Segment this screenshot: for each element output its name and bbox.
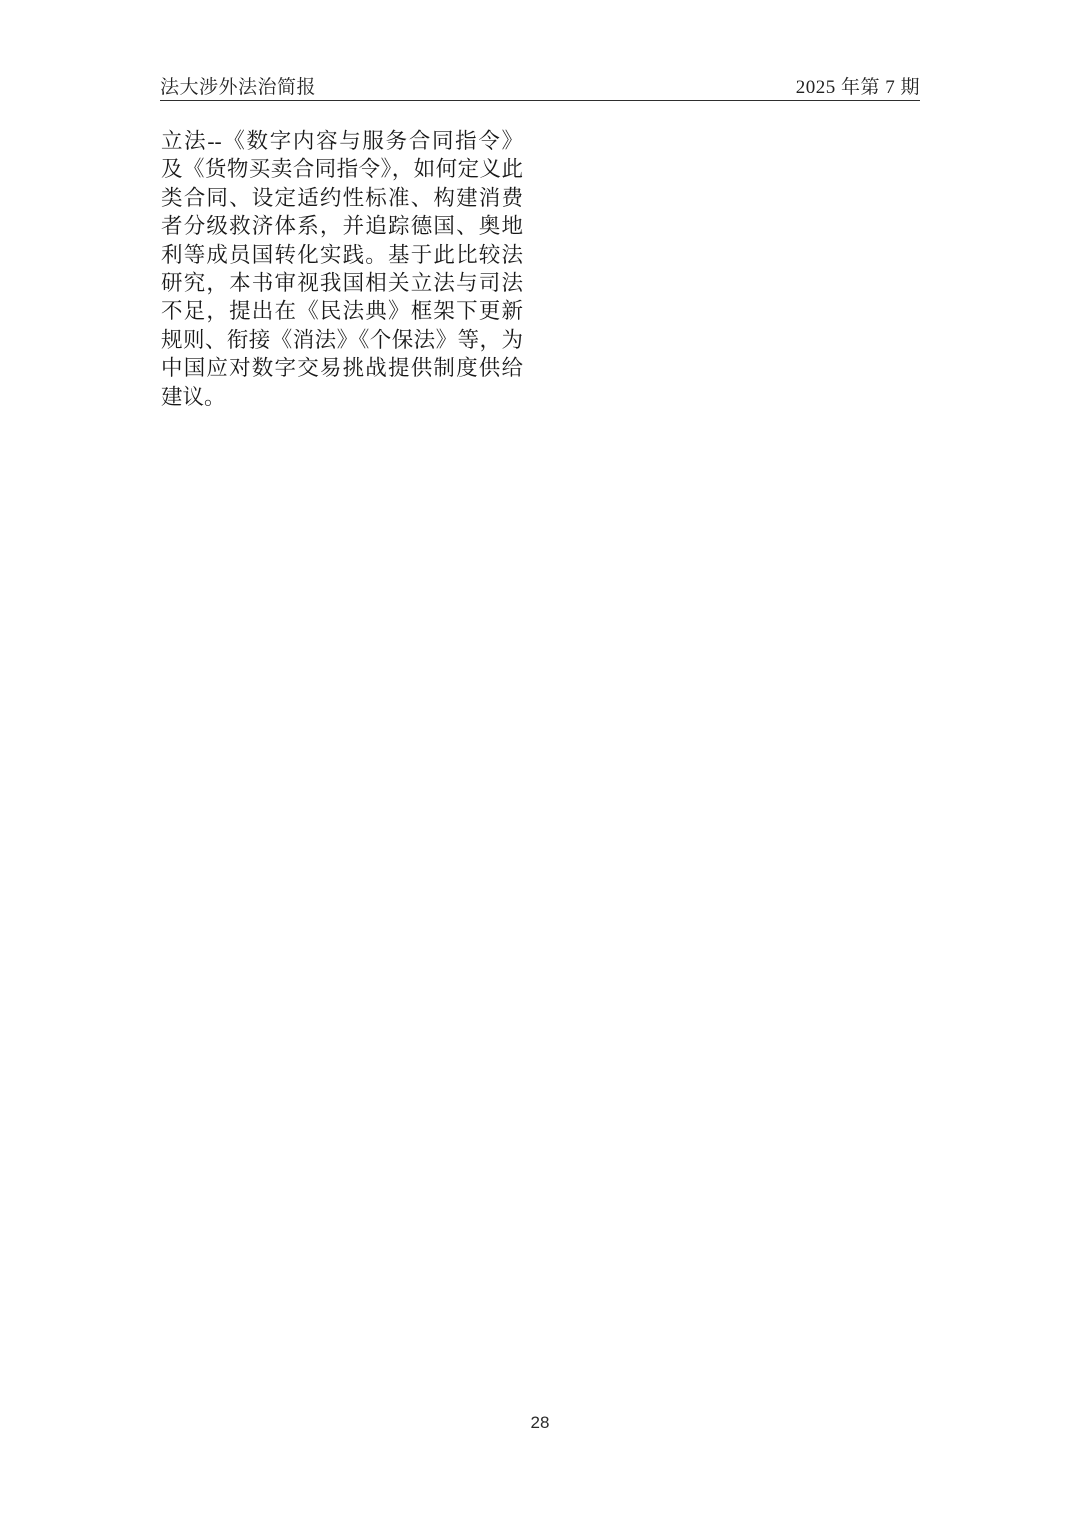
paragraph-line: 者分级救济体系，并追踪德国、奥地 (161, 212, 523, 240)
journal-title: 法大涉外法治简报 (160, 77, 316, 98)
page-header: 法大涉外法治简报 2025 年第 7 期 (160, 77, 920, 101)
paragraph-line: 中国应对数字交易挑战提供制度供给 (161, 354, 523, 382)
paragraph-line: 立法--《数字内容与服务合同指令》 (161, 127, 523, 155)
paragraph-line: 规则、衔接《消法》《个保法》等，为 (161, 326, 523, 354)
paragraph-line: 类合同、设定适约性标准、构建消费 (161, 184, 523, 212)
paragraph-line: 研究，本书审视我国相关立法与司法 (161, 269, 523, 297)
document-page: { "header": { "journal_title": "法大涉外法治简报… (0, 0, 1080, 1527)
book-summary-paragraph: 立法--《数字内容与服务合同指令》 及《货物买卖合同指令》，如何定义此 类合同、… (161, 127, 523, 411)
paragraph-line: 利等成员国转化实践。基于此比较法 (161, 241, 523, 269)
paragraph-line: 及《货物买卖合同指令》，如何定义此 (161, 155, 523, 183)
issue-label: 2025 年第 7 期 (796, 77, 920, 98)
paragraph-line: 不足，提出在《民法典》框架下更新 (161, 297, 523, 325)
paragraph-line: 建议。 (161, 383, 523, 411)
page-footer: 28 (0, 1413, 1080, 1433)
page-number: 28 (531, 1413, 550, 1432)
